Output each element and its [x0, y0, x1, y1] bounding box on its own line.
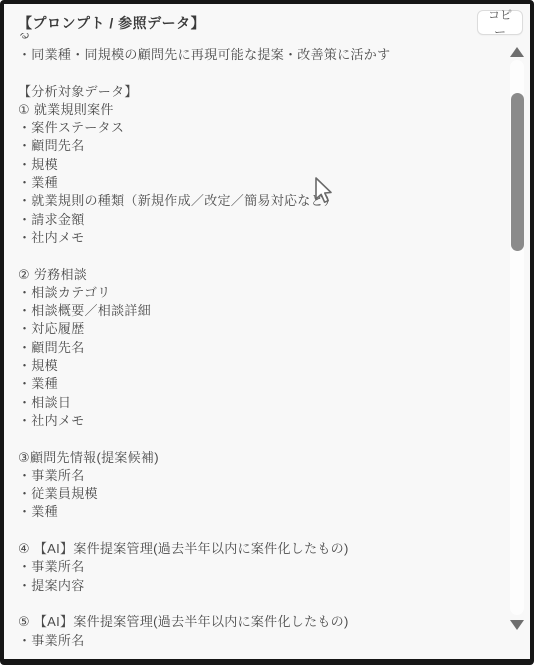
prompt-line: [18, 595, 496, 613]
prompt-line: ・社内メモ: [18, 412, 496, 430]
prompt-line: ⑤ 【AI】案件提案管理(過去半年以内に案件化したもの): [18, 613, 496, 631]
prompt-line: ・就業規則の種類（新規作成／改定／簡易対応など）: [18, 192, 496, 210]
scrollbar-thumb[interactable]: [511, 93, 524, 251]
scrollbar-down-button[interactable]: [510, 619, 524, 631]
prompt-line: ① 就業規則案件: [18, 101, 496, 119]
scrollbar: [509, 4, 525, 659]
prompt-line: ・対応履歴: [18, 320, 496, 338]
prompt-line: [18, 64, 496, 82]
prompt-line: ・規模: [18, 156, 496, 174]
prompt-line: [18, 247, 496, 265]
prompt-line: 【分析対象データ】: [18, 83, 496, 101]
prompt-line: ・顧問先名: [18, 339, 496, 357]
prompt-line: [18, 430, 496, 448]
prompt-line: ・事業所名: [18, 467, 496, 485]
prompt-reference-panel: 【プロンプト / 参照データ】 コピー る・同業種・同規模の顧問先に再現可能な提…: [0, 0, 534, 665]
prompt-line: ・相談概要／相談詳細: [18, 302, 496, 320]
prompt-line: る: [18, 33, 496, 46]
prompt-line: ・相談日: [18, 394, 496, 412]
prompt-line: [18, 522, 496, 540]
down-triangle-icon: [510, 620, 524, 630]
prompt-line: ・業種: [18, 503, 496, 521]
panel-title: 【プロンプト / 参照データ】: [18, 13, 205, 33]
prompt-line: ・社内メモ: [18, 229, 496, 247]
prompt-line: ・顧問先名: [18, 137, 496, 155]
prompt-line: ・事業所名: [18, 632, 496, 650]
prompt-line: ③顧問先情報(提案候補): [18, 449, 496, 467]
prompt-line: ・規模: [18, 357, 496, 375]
prompt-line: ・業種: [18, 375, 496, 393]
prompt-line: ・従業員規模: [18, 485, 496, 503]
scrollbar-up-button[interactable]: [510, 46, 524, 58]
up-triangle-icon: [510, 47, 524, 57]
prompt-line: ・請求金額: [18, 211, 496, 229]
prompt-line: ・提案内容: [18, 577, 496, 595]
prompt-line: ・業種: [18, 174, 496, 192]
prompt-line: ② 労務相談: [18, 266, 496, 284]
prompt-line: ・同業種・同規模の顧問先に再現可能な提案・改善策に活かす: [18, 46, 496, 64]
prompt-text-area[interactable]: る・同業種・同規模の顧問先に再現可能な提案・改善策に活かす 【分析対象データ】①…: [18, 33, 496, 655]
prompt-line: ・案件ステータス: [18, 119, 496, 137]
prompt-line: ④ 【AI】案件提案管理(過去半年以内に案件化したもの): [18, 540, 496, 558]
prompt-line: ・相談カテゴリ: [18, 284, 496, 302]
prompt-line: ・事業所名: [18, 558, 496, 576]
